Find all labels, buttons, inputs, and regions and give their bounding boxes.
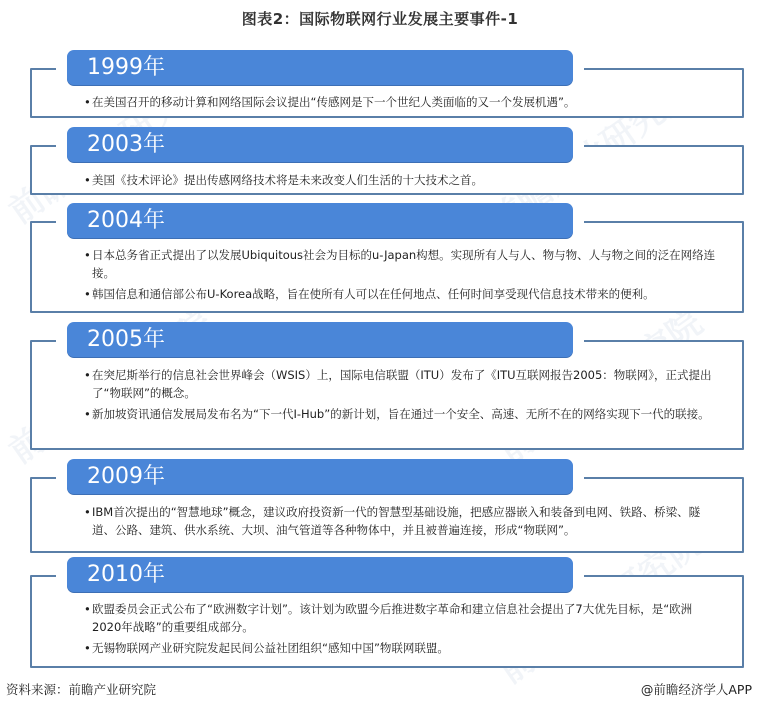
- bullet-icon: •: [84, 93, 91, 111]
- event-items: •IBM首次提出的“智慧地球”概念，建议政府投资新一代的智慧型基础设施，把感应器…: [84, 503, 720, 539]
- event-item: •欧盟委员会正式公布了“欧洲数字计划”。该计划为欧盟今后推进数字革命和建立信息社…: [84, 600, 720, 636]
- event-item: •日本总务省正式提出了以发展Ubiquitous社会为目标的u-Japan构想。…: [84, 246, 720, 282]
- bullet-icon: •: [84, 285, 91, 303]
- bullet-icon: •: [84, 503, 91, 521]
- bullet-icon: •: [84, 639, 91, 657]
- event-text: 新加坡资讯通信发展局发布名为“下一代I-Hub”的新计划，旨在通过一个安全、高速…: [92, 407, 710, 421]
- event-item: •IBM首次提出的“智慧地球”概念，建议政府投资新一代的智慧型基础设施，把感应器…: [84, 503, 720, 539]
- event-items: •美国《技术评论》提出传感网络技术将是未来改变人们生活的十大技术之首。: [84, 171, 720, 189]
- event-text: 欧盟委员会正式公布了“欧洲数字计划”。该计划为欧盟今后推进数字革命和建立信息社会…: [92, 602, 692, 634]
- event-text: 美国《技术评论》提出传感网络技术将是未来改变人们生活的十大技术之首。: [92, 173, 483, 187]
- event-items: •欧盟委员会正式公布了“欧洲数字计划”。该计划为欧盟今后推进数字革命和建立信息社…: [84, 600, 720, 657]
- event-text: 在突尼斯举行的信息社会世界峰会（WSIS）上，国际电信联盟（ITU）发布了《IT…: [92, 368, 712, 400]
- event-text: 日本总务省正式提出了以发展Ubiquitous社会为目标的u-Japan构想。实…: [92, 248, 715, 280]
- event-text: IBM首次提出的“智慧地球”概念，建议政府投资新一代的智慧型基础设施，把感应器嵌…: [92, 505, 700, 537]
- event-item: •韩国信息和通信部公布U-Korea战略，旨在使所有人可以在任何地点、任何时间享…: [84, 285, 720, 303]
- year-tab: 2010年: [67, 557, 573, 592]
- event-item: •在美国召开的移动计算和网络国际会议提出“传感网是下一个世纪人类面临的又一个发展…: [84, 93, 720, 111]
- event-text: 在美国召开的移动计算和网络国际会议提出“传感网是下一个世纪人类面临的又一个发展机…: [92, 95, 575, 109]
- bullet-icon: •: [84, 366, 91, 384]
- event-item: •新加坡资讯通信发展局发布名为“下一代I-Hub”的新计划，旨在通过一个安全、高…: [84, 405, 720, 423]
- bullet-icon: •: [84, 171, 91, 189]
- event-item: •在突尼斯举行的信息社会世界峰会（WSIS）上，国际电信联盟（ITU）发布了《I…: [84, 366, 720, 402]
- bullet-icon: •: [84, 600, 91, 618]
- year-tab: 2003年: [67, 127, 573, 162]
- year-tab: 2005年: [67, 322, 573, 357]
- year-tab: 2004年: [67, 203, 573, 238]
- event-item: •美国《技术评论》提出传感网络技术将是未来改变人们生活的十大技术之首。: [84, 171, 720, 189]
- year-tab: 2009年: [67, 459, 573, 494]
- source-note: 资料来源：前瞻产业研究院: [6, 680, 156, 698]
- event-text: 韩国信息和通信部公布U-Korea战略，旨在使所有人可以在任何地点、任何时间享受…: [92, 287, 655, 301]
- credit-note: @前瞻经济学人APP: [641, 680, 752, 698]
- bullet-icon: •: [84, 246, 91, 264]
- event-items: •日本总务省正式提出了以发展Ubiquitous社会为目标的u-Japan构想。…: [84, 246, 720, 303]
- event-item: •无锡物联网产业研究院发起民间公益社团组织“感知中国”物联网联盟。: [84, 639, 720, 657]
- event-items: •在突尼斯举行的信息社会世界峰会（WSIS）上，国际电信联盟（ITU）发布了《I…: [84, 366, 720, 423]
- bullet-icon: •: [84, 405, 91, 423]
- event-items: •在美国召开的移动计算和网络国际会议提出“传感网是下一个世纪人类面临的又一个发展…: [84, 93, 720, 111]
- event-text: 无锡物联网产业研究院发起民间公益社团组织“感知中国”物联网联盟。: [92, 641, 449, 655]
- chart-title: 图表2：国际物联网行业发展主要事件-1: [0, 8, 760, 29]
- year-tab: 1999年: [67, 50, 573, 85]
